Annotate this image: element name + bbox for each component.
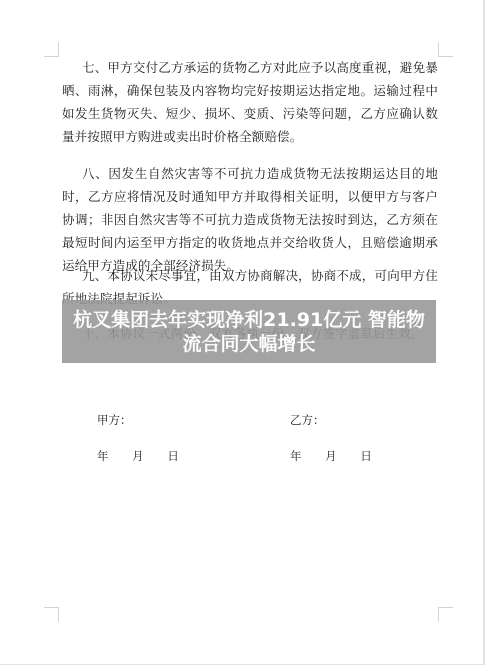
party-a-label: 甲方： bbox=[97, 412, 132, 428]
headline-title: 杭叉集团去年实现净利21.91亿元 智能物流合同大幅增长 bbox=[72, 308, 426, 356]
headline-banner: 杭叉集团去年实现净利21.91亿元 智能物流合同大幅增长 bbox=[62, 300, 436, 363]
page-corner-mark-bottom-right bbox=[438, 607, 453, 622]
date-month: 月 bbox=[132, 448, 144, 464]
party-b-date: 年 月 日 bbox=[290, 448, 372, 464]
party-b-label: 乙方： bbox=[290, 412, 325, 428]
right-gutter bbox=[487, 0, 500, 666]
date-year: 年 bbox=[97, 448, 109, 464]
date-month: 月 bbox=[325, 448, 337, 464]
page-corner-mark-bottom-left bbox=[44, 607, 59, 622]
page-corner-mark-top-left bbox=[44, 42, 59, 57]
date-year: 年 bbox=[290, 448, 302, 464]
party-a-date: 年 月 日 bbox=[97, 448, 179, 464]
clause-seven: 七、甲方交付乙方承运的货物乙方对此应予以高度重视，避免暴晒、雨淋，确保包装及内容… bbox=[62, 56, 438, 148]
date-day: 日 bbox=[360, 448, 372, 464]
clause-eight: 八、因发生自然灾害等不可抗力造成货物无法按期运达目的地时，乙方应将情况及时通知甲… bbox=[62, 162, 438, 277]
page-corner-mark-top-right bbox=[438, 42, 453, 57]
date-day: 日 bbox=[167, 448, 179, 464]
